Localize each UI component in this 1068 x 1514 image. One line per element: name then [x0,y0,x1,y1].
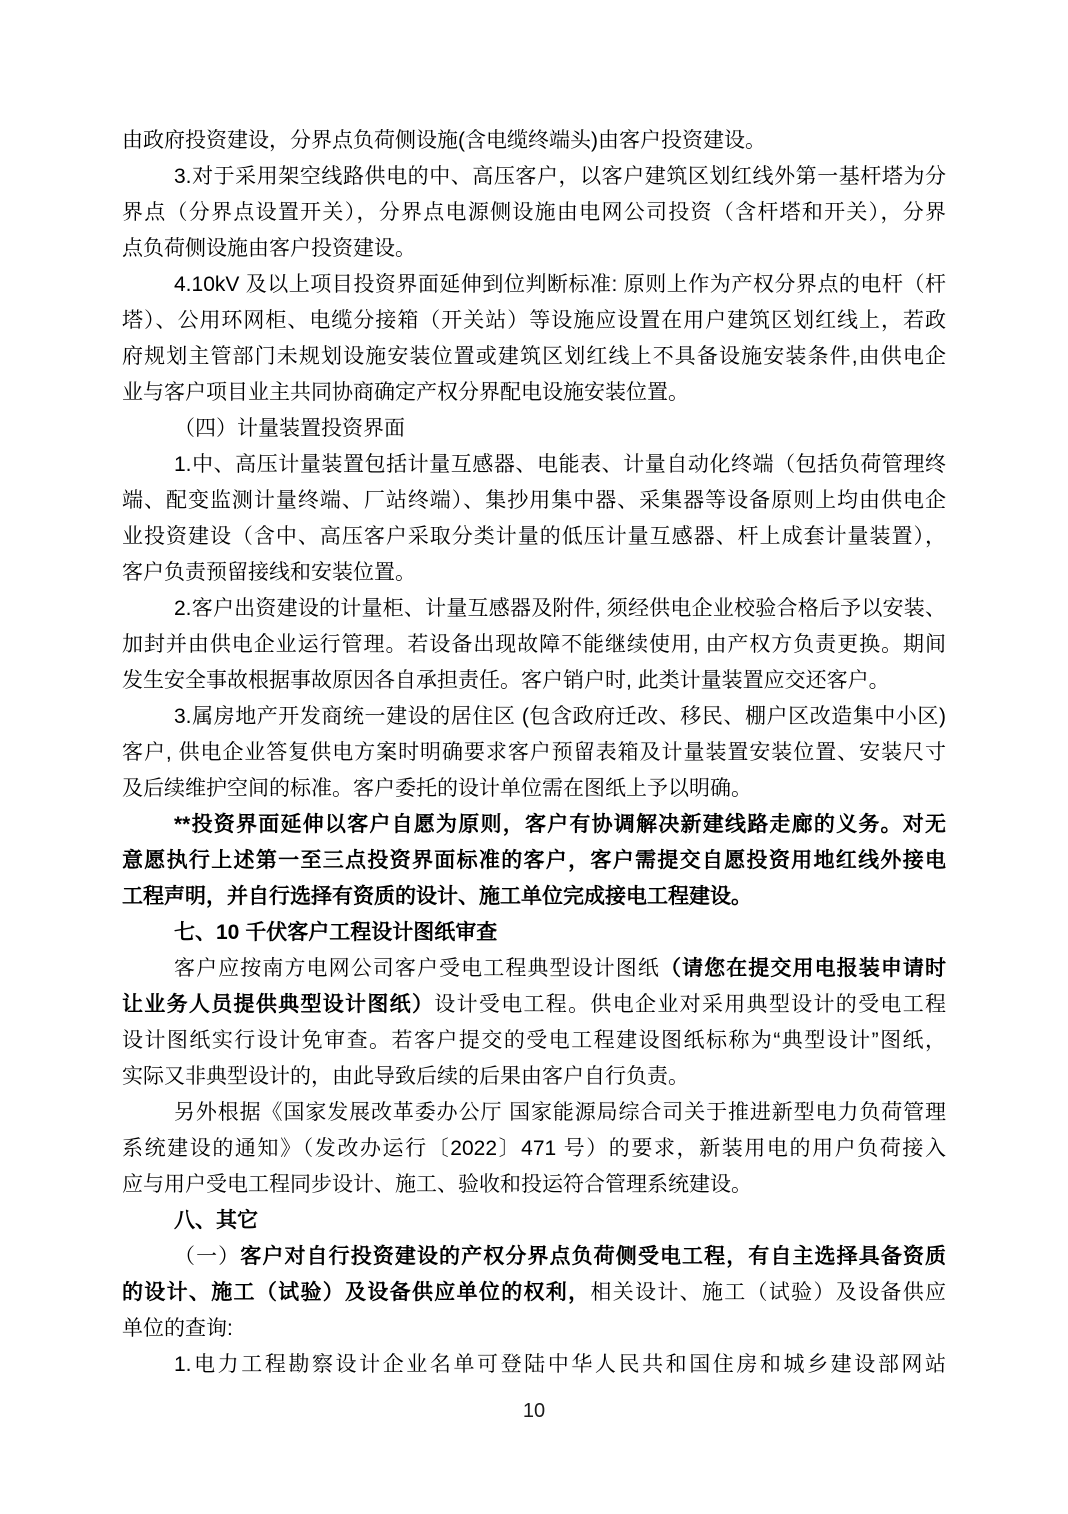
text-segment: 塔）、公用环网柜、电缆分接箱（开关站）等设施应设置在用户建筑区划红线上，若政 [122,309,946,332]
text-segment: 客户, 供电企业答复供电方案时明确要求客户预留表箱及计量装置安装位置、安装尺寸 [122,741,946,764]
text-line: 府规划主管部门未规划设施安装位置或建筑区划红线上不具备设施安装条件,由供电企 [122,339,946,375]
text-line: 界点（分界点设置开关），分界点电源侧设施由电网公司投资（含杆塔和开关），分界 [122,195,946,231]
bold-text-segment: 让业务人员提供典型设计图纸） [122,993,434,1016]
text-line: 端、配变监测计量终端、厂站终端）、集抄用集中器、采集器等设备原则上均由供电企 [122,483,946,519]
text-segment: 端、配变监测计量终端、厂站终端）、集抄用集中器、采集器等设备原则上均由供电企 [122,489,946,512]
bold-text-segment: 客户对自行投资建设的产权分界点负荷侧受电工程，有自主选择具备资质 [240,1245,946,1268]
text-line: 八、其它 [122,1203,946,1239]
text-segment: 点负荷侧设施由客户投资建设。 [122,237,416,260]
text-line: 3.属房地产开发商统一建设的居住区 (包含政府迁改、移民、棚户区改造集中小区) [122,699,946,735]
text-line: 业投资建设（含中、高压客户采取分类计量的低压计量互感器、杆上成套计量装置）， [122,519,946,555]
text-line: 应与用户受电工程同步设计、施工、验收和投运符合管理系统建设。 [122,1167,946,1203]
text-segment: 客户负责预留接线和安装位置。 [122,561,416,584]
text-line: 客户负责预留接线和安装位置。 [122,555,946,591]
text-line: 1.电力工程勘察设计企业名单可登陆中华人民共和国住房和城乡建设部网站 [122,1347,946,1383]
text-line: 让业务人员提供典型设计图纸）设计受电工程。供电企业对采用典型设计的受电工程 [122,987,946,1023]
text-segment: 另外根据《国家发展改革委办公厅 国家能源局综合司关于推进新型电力负荷管理 [174,1101,946,1124]
text-line: 意愿执行上述第一至三点投资界面标准的客户，客户需提交自愿投资用地红线外接电 [122,843,946,879]
text-line: 设计图纸实行设计免审查。若客户提交的受电工程建设图纸标称为“典型设计”图纸， [122,1023,946,1059]
text-segment: 设计图纸实行设计免审查。若客户提交的受电工程建设图纸标称为“典型设计”图纸， [122,1029,946,1052]
text-line: 的设计、施工（试验）及设备供应单位的权利，相关设计、施工（试验）及设备供应 [122,1275,946,1311]
text-line: 及后续维护空间的标准。客户委托的设计单位需在图纸上予以明确。 [122,771,946,807]
bold-text-segment: **投资界面延伸以客户自愿为原则，客户有协调解决新建线路走廊的义务。对无 [174,813,946,836]
text-line: 工程声明，并自行选择有资质的设计、施工单位完成接电工程建设。 [122,879,946,915]
text-segment: 相关设计、施工（试验）及设备供应 [590,1281,946,1304]
text-segment: 应与用户受电工程同步设计、施工、验收和投运符合管理系统建设。 [122,1173,752,1196]
text-segment: 设计受电工程。供电企业对采用典型设计的受电工程 [434,993,946,1016]
bold-text-segment: 八、其它 [174,1209,258,1232]
text-segment: 实际又非典型设计的，由此导致后续的后果由客户自行负责。 [122,1065,689,1088]
text-segment: （四）计量装置投资界面 [174,417,405,440]
text-segment: 1.中、高压计量装置包括计量互感器、电能表、计量自动化终端（包括负荷管理终 [174,453,946,476]
text-segment: 客户应按南方电网公司客户受电工程典型设计图纸 [174,957,660,980]
text-line: （四）计量装置投资界面 [122,411,946,447]
text-segment: 业与客户项目业主共同协商确定产权分界配电设施安装位置。 [122,381,689,404]
text-segment: 发生安全事故根据事故原因各自承担责任。客户销户时, 此类计量装置应交还客户。 [122,669,890,692]
text-line: 系统建设的通知》（发改办运行〔2022〕471 号）的要求，新装用电的用户负荷接… [122,1131,946,1167]
bold-text-segment: 的设计、施工（试验）及设备供应单位的权利， [122,1281,590,1304]
text-line: 1.中、高压计量装置包括计量互感器、电能表、计量自动化终端（包括负荷管理终 [122,447,946,483]
text-line: 点负荷侧设施由客户投资建设。 [122,231,946,267]
text-line: 3.对于采用架空线路供电的中、高压客户，以客户建筑区划红线外第一基杆塔为分 [122,159,946,195]
text-segment: 4.10kV 及以上项目投资界面延伸到位判断标准: 原则上作为产权分界点的电杆（… [174,273,946,296]
text-line: 发生安全事故根据事故原因各自承担责任。客户销户时, 此类计量装置应交还客户。 [122,663,946,699]
text-segment: 府规划主管部门未规划设施安装位置或建筑区划红线上不具备设施安装条件,由供电企 [122,345,946,368]
text-line: 另外根据《国家发展改革委办公厅 国家能源局综合司关于推进新型电力负荷管理 [122,1095,946,1131]
text-segment: 业投资建设（含中、高压客户采取分类计量的低压计量互感器、杆上成套计量装置）， [122,525,946,548]
text-line: **投资界面延伸以客户自愿为原则，客户有协调解决新建线路走廊的义务。对无 [122,807,946,843]
text-line: 2.客户出资建设的计量柜、计量互感器及附件, 须经供电企业校验合格后予以安装、 [122,591,946,627]
text-line: 塔）、公用环网柜、电缆分接箱（开关站）等设施应设置在用户建筑区划红线上，若政 [122,303,946,339]
text-segment: 及后续维护空间的标准。客户委托的设计单位需在图纸上予以明确。 [122,777,752,800]
bold-text-segment: （请您在提交用电报装申请时 [660,957,946,980]
text-segment: 1.电力工程勘察设计企业名单可登陆中华人民共和国住房和城乡建设部网站 [174,1353,946,1376]
text-line: 加封并由供电企业运行管理。若设备出现故障不能继续使用, 由产权方负责更换。期间 [122,627,946,663]
document-body: 由政府投资建设，分界点负荷侧设施(含电缆终端头)由客户投资建设。3.对于采用架空… [122,123,946,1383]
text-line: 业与客户项目业主共同协商确定产权分界配电设施安装位置。 [122,375,946,411]
text-segment: 单位的查询: [122,1317,233,1340]
text-line: 4.10kV 及以上项目投资界面延伸到位判断标准: 原则上作为产权分界点的电杆（… [122,267,946,303]
text-line: （一）客户对自行投资建设的产权分界点负荷侧受电工程，有自主选择具备资质 [122,1239,946,1275]
text-segment: （一） [174,1245,240,1268]
text-line: 客户应按南方电网公司客户受电工程典型设计图纸（请您在提交用电报装申请时 [122,951,946,987]
bold-text-segment: 七、10 千伏客户工程设计图纸审查 [174,921,497,944]
text-segment: 界点（分界点设置开关），分界点电源侧设施由电网公司投资（含杆塔和开关），分界 [122,201,946,224]
text-line: 七、10 千伏客户工程设计图纸审查 [122,915,946,951]
page-number: 10 [0,1398,1068,1424]
text-segment: 加封并由供电企业运行管理。若设备出现故障不能继续使用, 由产权方负责更换。期间 [122,633,946,656]
bold-text-segment: 意愿执行上述第一至三点投资界面标准的客户，客户需提交自愿投资用地红线外接电 [122,849,946,872]
bold-text-segment: 工程声明，并自行选择有资质的设计、施工单位完成接电工程建设。 [122,885,752,908]
text-segment: 由政府投资建设，分界点负荷侧设施(含电缆终端头)由客户投资建设。 [122,129,766,152]
text-segment: 3.对于采用架空线路供电的中、高压客户，以客户建筑区划红线外第一基杆塔为分 [174,165,946,188]
text-line: 客户, 供电企业答复供电方案时明确要求客户预留表箱及计量装置安装位置、安装尺寸 [122,735,946,771]
text-line: 实际又非典型设计的，由此导致后续的后果由客户自行负责。 [122,1059,946,1095]
text-line: 由政府投资建设，分界点负荷侧设施(含电缆终端头)由客户投资建设。 [122,123,946,159]
text-line: 单位的查询: [122,1311,946,1347]
text-segment: 系统建设的通知》（发改办运行〔2022〕471 号）的要求，新装用电的用户负荷接… [122,1137,946,1160]
text-segment: 2.客户出资建设的计量柜、计量互感器及附件, 须经供电企业校验合格后予以安装、 [174,597,946,620]
text-segment: 3.属房地产开发商统一建设的居住区 (包含政府迁改、移民、棚户区改造集中小区) [174,705,946,728]
